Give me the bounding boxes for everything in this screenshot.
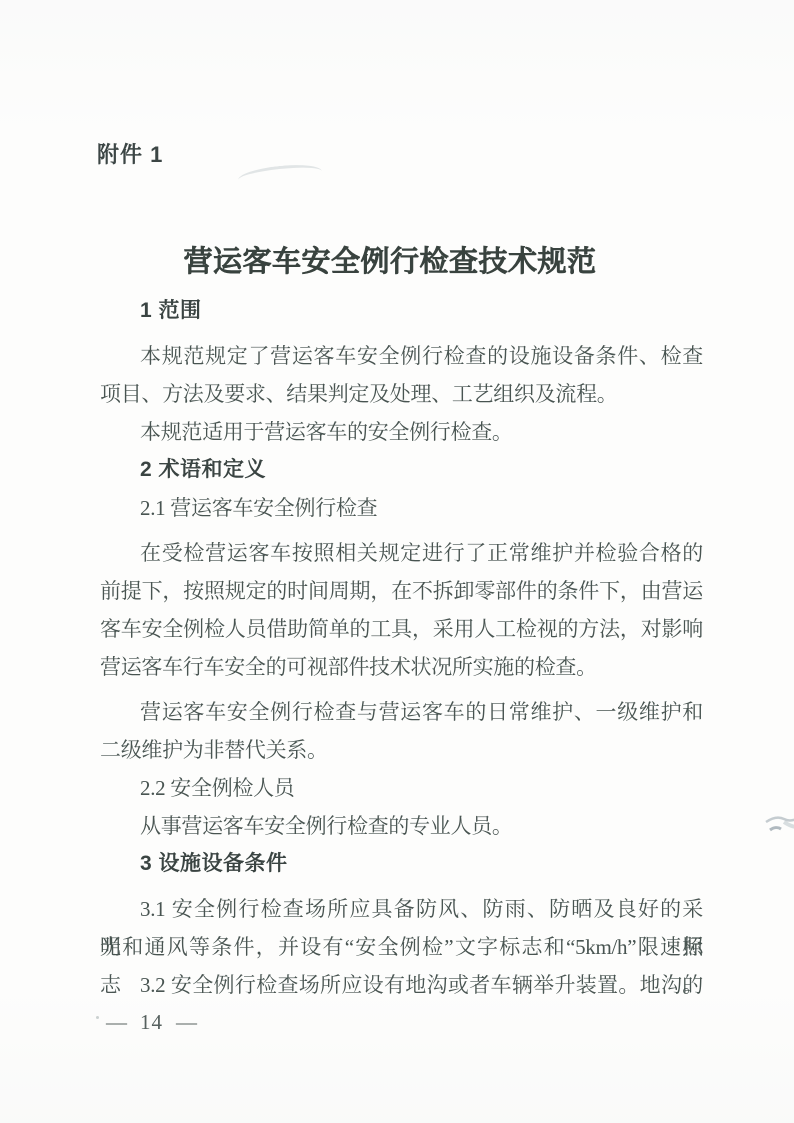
- document-page: 附件 1 营运客车安全例行检查技术规范 1 范围 本规范规定了营运客车安全例行检…: [0, 0, 794, 1123]
- paragraph-line: 明和通风等条件，并设有“安全例检”文字标志和“5km/h”限速标志。: [100, 928, 703, 966]
- clause-line-3-2: 3.2 安全例行检查场所应设有地沟或者车辆举升装置。地沟的: [100, 966, 703, 1004]
- document-title: 营运客车安全例行检查技术规范: [0, 245, 780, 279]
- section-heading-2: 2 术语和定义: [100, 451, 703, 489]
- document-body: 1 范围 本规范规定了营运客车安全例行检查的设施设备条件、检查 项目、方法及要求…: [100, 292, 703, 1004]
- paragraph-line: 客车安全例检人员借助简单的工具，采用人工检视的方法，对影响: [100, 610, 703, 648]
- page-number-dash-right: —: [176, 1003, 197, 1041]
- paragraph-line: 营运客车行车安全的可视部件技术状况所实施的检查。: [100, 648, 703, 686]
- term-heading-2-1: 2.1 营运客车安全例行检查: [100, 489, 703, 527]
- page-number: — 14 —: [106, 1003, 197, 1041]
- section-heading-1: 1 范围: [100, 292, 703, 330]
- term-heading-2-2: 2.2 安全例检人员: [100, 769, 703, 807]
- clause-line-3-1: 3.1 安全例行检查场所应具备防风、防雨、防晒及良好的采光、照: [100, 890, 703, 928]
- paragraph-line: 本规范规定了营运客车安全例行检查的设施设备条件、检查: [100, 337, 703, 375]
- paragraph-line: 本规范适用于营运客车的安全例行检查。: [100, 413, 703, 451]
- paragraph-line: 项目、方法及要求、结果判定及处理、工艺组织及流程。: [100, 375, 703, 413]
- paragraph-line: 在受检营运客车按照相关规定进行了正常维护并检验合格的: [100, 534, 703, 572]
- page-number-dash-left: —: [106, 1003, 127, 1041]
- paragraph-line: 前提下，按照规定的时间周期，在不拆卸零部件的条件下，由营运: [100, 572, 703, 610]
- page-number-value: 14: [140, 1003, 163, 1041]
- scan-speck: [96, 1016, 99, 1019]
- section-heading-3: 3 设施设备条件: [100, 845, 703, 883]
- paragraph-line: 从事营运客车安全例行检查的专业人员。: [100, 807, 703, 845]
- scan-smudge-mark: [237, 162, 323, 190]
- paragraph-line: 二级维护为非替代关系。: [100, 731, 703, 769]
- attachment-label: 附件 1: [97, 142, 163, 168]
- paragraph-line: 营运客车安全例行检查与营运客车的日常维护、一级维护和: [100, 693, 703, 731]
- pen-smudge-mark: [764, 810, 794, 844]
